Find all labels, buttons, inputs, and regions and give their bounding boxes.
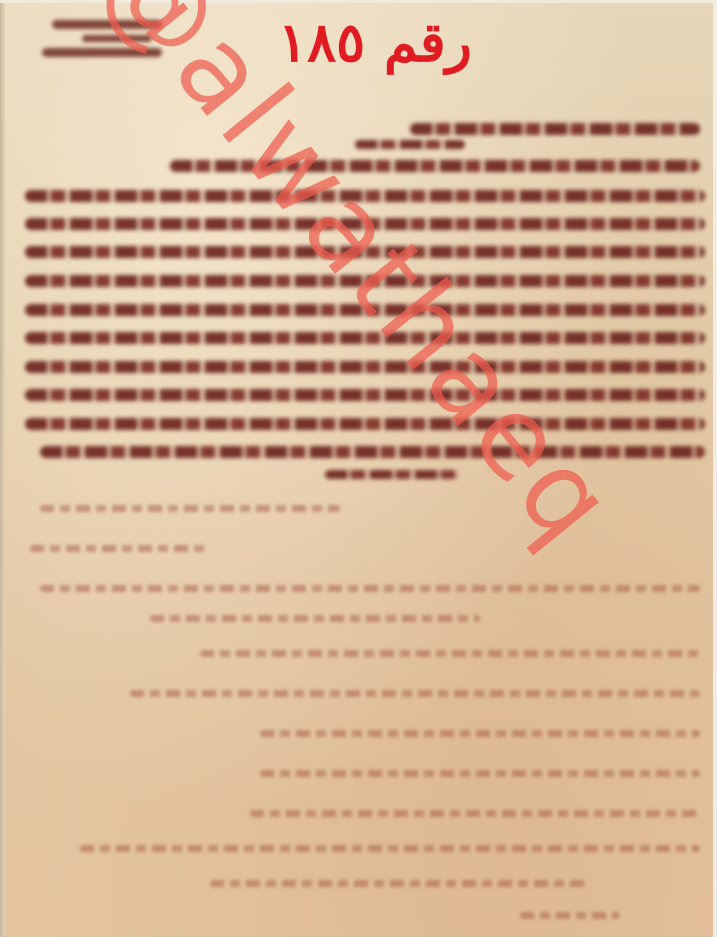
faint-line (30, 545, 210, 552)
faint-line (250, 810, 700, 817)
faint-line (80, 845, 700, 852)
faint-line (260, 730, 700, 737)
faint-line (40, 505, 340, 512)
faint-line (520, 912, 620, 919)
document-page: رقم ١٨٥ @alwathaeq (0, 0, 717, 937)
faint-line (210, 880, 590, 887)
faint-line (130, 690, 700, 697)
faint-line (260, 770, 700, 777)
faint-line (150, 615, 480, 622)
